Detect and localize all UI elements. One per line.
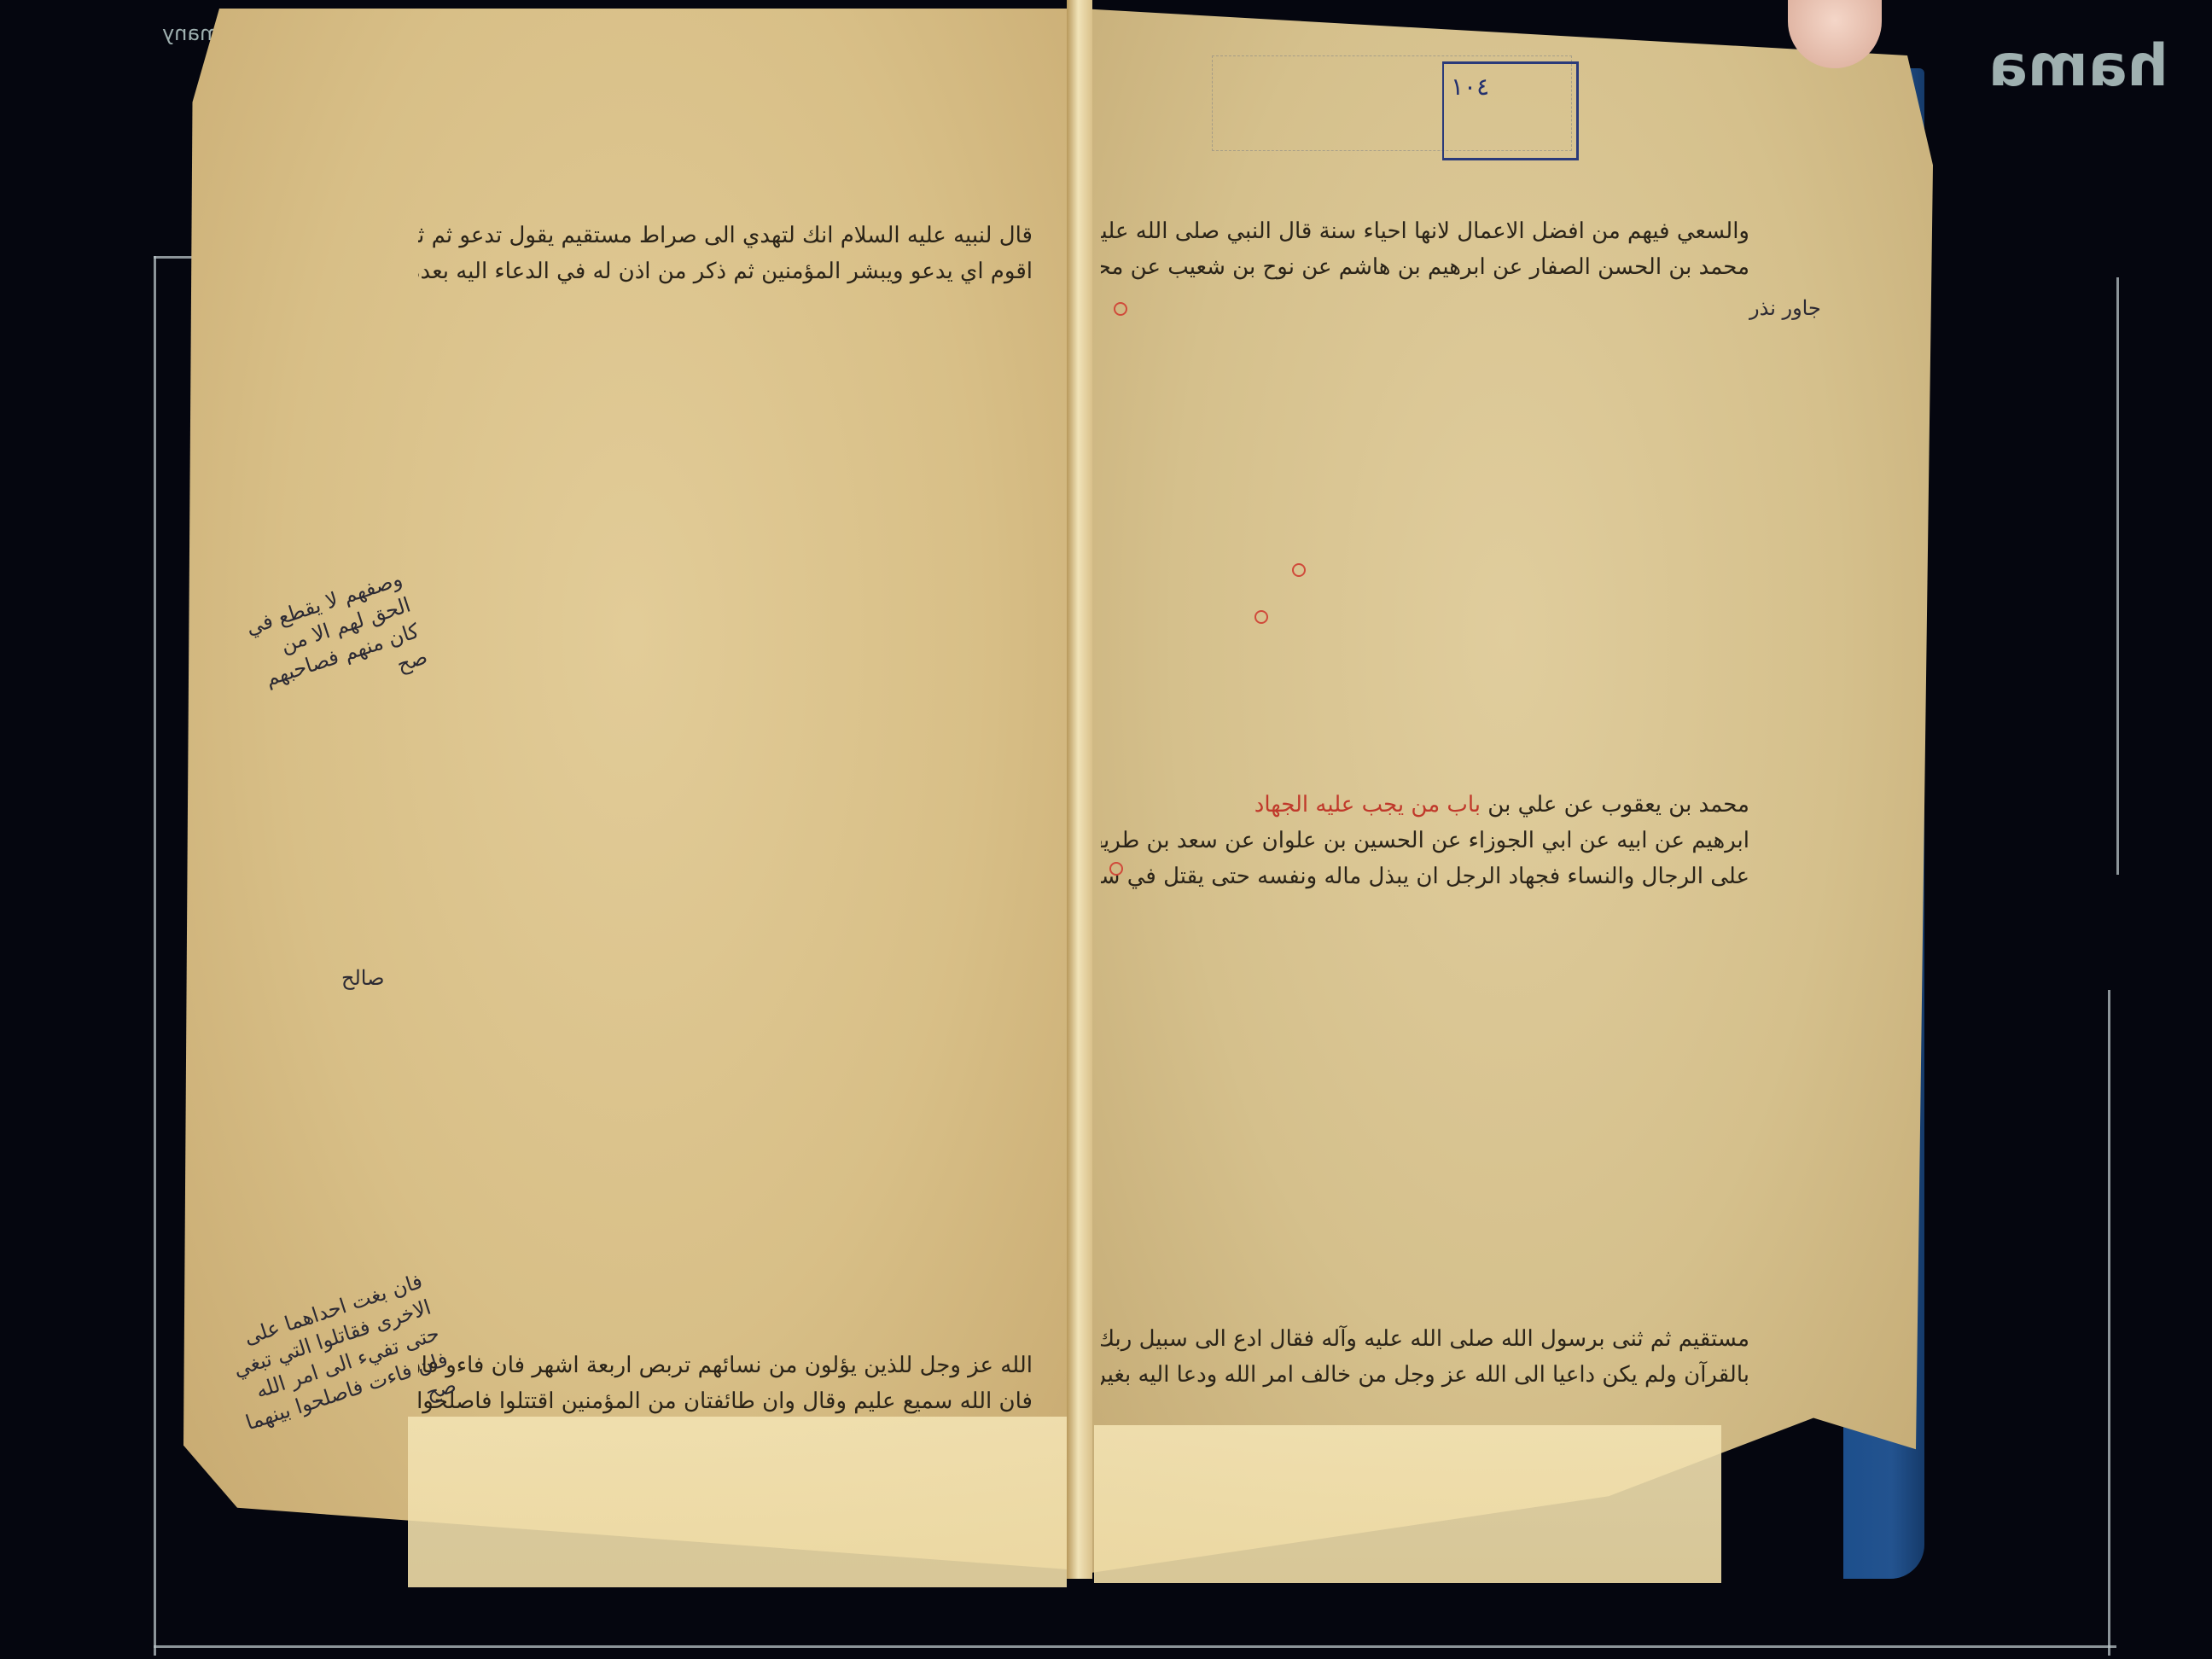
margin-note: صالح bbox=[341, 964, 385, 992]
text-line: ابرهيم عن ابيه عن ابي الجوزاء عن الحسين … bbox=[1101, 823, 1749, 859]
red-dot-marker bbox=[1114, 302, 1127, 316]
margin-note: جاور نذر bbox=[1749, 294, 1821, 322]
frame-line-left bbox=[154, 256, 156, 1656]
red-dot-marker bbox=[1254, 610, 1268, 624]
text-line: فان الله سميع عليم وقال وان طائفتان من ا… bbox=[418, 1383, 1033, 1419]
text-line: والسعي فيهم من افضل الاعمال لانها احياء … bbox=[1101, 213, 1749, 249]
text-line: محمد بن يعقوب عن علي بن باب من يجب عليه … bbox=[1101, 787, 1749, 823]
right-page-text: والسعي فيهم من افضل الاعمال لانها احياء … bbox=[1101, 213, 1749, 1393]
repair-strip-left bbox=[408, 1417, 1067, 1587]
text-line: محمد بن الحسن الصفار عن ابرهيم بن هاشم ع… bbox=[1101, 249, 1749, 285]
text-fragment: محمد بن الحسن الصفار عن ابرهيم بن هاشم ع… bbox=[1101, 254, 1749, 280]
text-line: قال لنبيه عليه السلام انك لتهدي الى صراط… bbox=[418, 218, 1033, 253]
text-lines-illegible bbox=[418, 289, 1033, 1348]
left-page-text: قال لنبيه عليه السلام انك لتهدي الى صراط… bbox=[418, 218, 1033, 1419]
text-line: اقوم اي يدعو ويبشر المؤمنين ثم ذكر من اذ… bbox=[418, 253, 1033, 289]
text-line: مستقيم ثم ثنى برسول الله صلى الله عليه و… bbox=[1101, 1321, 1749, 1357]
book-gutter bbox=[1067, 0, 1092, 1579]
text-lines-illegible bbox=[1101, 894, 1749, 1321]
text-line: بالقرآن ولم يكن داعيا الى الله عز وجل من… bbox=[1101, 1357, 1749, 1393]
text-line: على الرجال والنساء فجهاد الرجل ان يبذل م… bbox=[1101, 859, 1749, 894]
frame-line-right-top bbox=[2116, 277, 2119, 875]
text-lines-illegible bbox=[1101, 285, 1749, 787]
brand-mark: hama bbox=[1988, 32, 2168, 100]
frame-line-right bbox=[2108, 990, 2110, 1656]
text-fragment: محمد بن يعقوب عن علي بن bbox=[1487, 792, 1749, 818]
repair-strip-right bbox=[1094, 1425, 1721, 1583]
red-dot-marker bbox=[1292, 563, 1306, 577]
red-dot-marker bbox=[1109, 862, 1123, 876]
folio-number: ١٠٤ bbox=[1451, 73, 1489, 101]
frame-line-bottom bbox=[154, 1645, 2116, 1648]
text-line: الله عز وجل للذين يؤلون من نسائهم تربص ا… bbox=[418, 1348, 1033, 1383]
rubric: باب من يجب عليه الجهاد bbox=[1254, 792, 1481, 818]
